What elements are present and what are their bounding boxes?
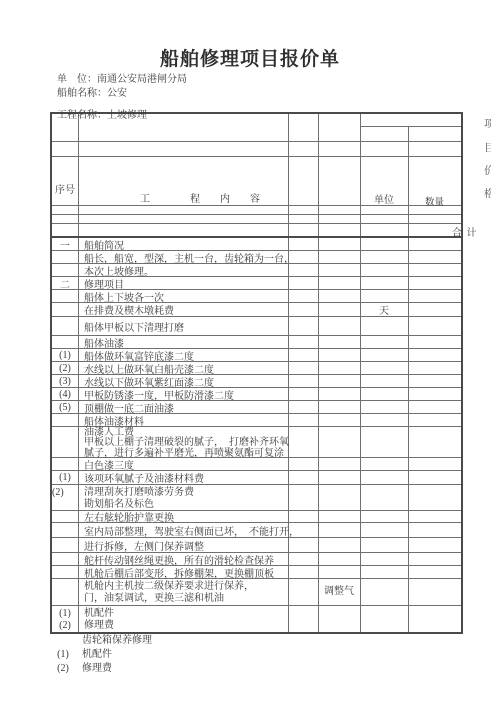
table-row: 机舱内主机按二级保养要求进行保养，门，油泵调试，更换三滤和机油调整气 [52, 579, 461, 606]
quotation-table: 工程名称：上坡修理 序号 工 程 内 容 单位 数量 合 计 一船舶简况船长，船… [50, 112, 463, 634]
footer-item: (2)修理费 [50, 662, 463, 676]
table-row: 船体油漆材料 [52, 414, 461, 427]
edge-fragment: 格 [484, 186, 491, 198]
ship-name-line: 船舶名称：公安 [57, 87, 127, 100]
table-row: 油漆人工费甲板以上棚子清理破裂的腻子， 打磨补齐环氧腻子，进行多遍补平磨光，再喷… [52, 427, 461, 458]
col-header-content: 工 程 内 容 [140, 190, 260, 205]
row-content-cell: 修理项目 [78, 277, 290, 289]
row-seq-cell [52, 538, 78, 552]
row-seq-cell [52, 511, 78, 522]
document-page: 船舶修理项目报价单 单 位：南通公安局港闸分局 船舶名称：公安 工程名称：上坡修… [0, 0, 500, 708]
row-content-line: 门，油泵调试，更换三滤和机油 [84, 593, 290, 605]
row-seq-cell [52, 553, 78, 565]
table-horizontal-line [52, 141, 461, 142]
row-content-cell: 机舱后棚后部变形，拆修棚架，更换棚顶板 [78, 566, 290, 578]
row-content-cell: 白色漆三度 [78, 458, 290, 470]
row-seq-cell [52, 427, 78, 457]
table-row: 室内局部整理，驾驶室右侧面已坏， 不能打开， [52, 523, 461, 538]
row-unit-cell: 天 [360, 303, 408, 316]
row-seq-cell: 一 [52, 238, 78, 250]
footer-item-text: 齿轮箱保养修理 [82, 634, 152, 648]
unit-value: 南通公安局港闸分局 [97, 74, 187, 85]
row-content-cell: 室内局部整理，驾驶室右侧面已坏， 不能打开， [78, 523, 290, 537]
unit-label: 单 位： [57, 74, 97, 85]
footer-item-seq: (1) [50, 648, 76, 662]
row-content-cell: 船舶简况 [78, 238, 290, 250]
total-label: 合 计 [452, 224, 478, 239]
row-content-cell: 水线以下做环氧紫红面漆二度 [78, 375, 290, 387]
row-content-cell: 该项环氧腻子及油漆材料费 [78, 471, 290, 484]
edge-fragment: 价 [484, 163, 491, 175]
row-content-cell: 左右舷轮胎护靠更换 [78, 511, 290, 522]
unit-line: 单 位：南通公安局港闸分局 [57, 73, 187, 86]
table-row: 在排费及楔木墩耗费天 [52, 303, 461, 317]
row-mid-cell: 调整气 [318, 579, 360, 605]
row-content-line: 清理刮灰打磨喷漆劳务费 [84, 487, 290, 499]
row-content-line: 机舱内主机按二级保养要求进行保养， [84, 581, 290, 593]
footer-item: (1)机配件 [50, 648, 463, 662]
col-header-seq: 序号 [52, 181, 78, 196]
row-seq-line: (1) [52, 608, 78, 620]
row-seq-cell [52, 303, 78, 316]
row-seq-cell [52, 251, 78, 263]
edge-fragment: 目 [484, 140, 491, 152]
row-seq-cell: (1) [52, 471, 78, 484]
row-content-cell: 清理刮灰打磨喷漆劳务费勘划船名及标色 [78, 485, 290, 510]
row-seq-cell [52, 414, 78, 426]
row-content-line: 修理费 [84, 620, 290, 632]
footer-items: 齿轮箱保养修理(1)机配件(2)修理费 [50, 634, 463, 676]
footer-item-text: 修理费 [82, 662, 112, 676]
page-title: 船舶修理项目报价单 [0, 44, 500, 71]
table-horizontal-line [52, 156, 461, 157]
table-row: (1)该项环氧腻子及油漆材料费 [52, 471, 461, 485]
row-content-cell: 机舱内主机按二级保养要求进行保养，门，油泵调试，更换三滤和机油 [78, 579, 290, 605]
footer-item-text: 机配件 [82, 648, 112, 662]
col-header-unit: 单位 [360, 191, 408, 206]
table-horizontal-line [52, 223, 461, 224]
row-content-line: 机配件 [84, 608, 290, 620]
row-content-cell: 船长，船宽，型深，主机一台，齿轮箱为一台， [78, 251, 290, 263]
row-seq-line: (2) [52, 620, 78, 632]
table-row: 船体甲板以下清理打磨 [52, 317, 461, 336]
row-seq-cell [52, 290, 78, 302]
page-edge-fragments: 项目价格 [484, 0, 500, 300]
table-horizontal-line [360, 126, 461, 127]
col-header-qty: 数量 [408, 194, 461, 208]
footer-item: 齿轮箱保养修理 [50, 634, 463, 648]
row-content-cell: 机配件修理费 [78, 606, 290, 633]
row-content-cell: 船体油漆材料 [78, 414, 290, 426]
row-content-cell: 船体油漆 [78, 336, 290, 348]
table-horizontal-line [52, 214, 461, 215]
ship-name-value: 公安 [107, 88, 127, 99]
row-content-cell: 船体做环氧富锌底漆二度 [78, 349, 290, 361]
row-seq-cell: (4) [52, 388, 78, 400]
row-content-cell: 舵杆传动钢丝绳更换，所有的滑轮检查保养 [78, 553, 290, 565]
table-row: 左右舷轮胎护靠更换 [52, 511, 461, 523]
row-content-cell: 顶棚做一底二面油漆 [78, 401, 290, 413]
row-content-cell: 在排费及楔木墩耗费 [78, 303, 290, 316]
row-seq-cell [52, 336, 78, 348]
row-content-cell: 水线以上做环氧白船壳漆二度 [78, 362, 290, 374]
row-seq-cell [52, 264, 78, 276]
table-body: 一船舶简况船长，船宽，型深，主机一台，齿轮箱为一台，本次上坡修理。二修理项目船体… [52, 238, 461, 633]
row-content-cell: 船体上下坡各一次 [78, 290, 290, 302]
row-seq-cell [52, 566, 78, 578]
row-seq-cell [52, 458, 78, 470]
row-content-cell: 船体甲板以下清理打磨 [78, 317, 290, 335]
row-seq-cell: (1) [52, 349, 78, 361]
row-content-cell: 甲板防锈漆一度，甲板防滑漆二度 [78, 388, 290, 400]
row-seq-cell: (2) [52, 485, 78, 510]
row-seq-cell [52, 523, 78, 537]
row-seq-cell [52, 579, 78, 605]
ship-name-label: 船舶名称： [57, 88, 107, 99]
project-name: 工程名称：上坡修理 [57, 106, 147, 121]
row-seq-cell: 二 [52, 277, 78, 289]
table-row: (2)清理刮灰打磨喷漆劳务费勘划船名及标色 [52, 485, 461, 511]
edge-fragment: 项 [484, 116, 491, 128]
table-row: (1)(2)机配件修理费 [52, 606, 461, 633]
table-row: 机舱后棚后部变形，拆修棚架，更换棚顶板 [52, 566, 461, 579]
row-seq-cell: (3) [52, 375, 78, 387]
row-content-cell: 进行拆修，左侧门保养调整 [78, 538, 290, 552]
row-content-cell: 油漆人工费甲板以上棚子清理破裂的腻子， 打磨补齐环氧腻子，进行多遍补平磨光，再喷… [78, 427, 290, 457]
row-seq-cell: (5) [52, 401, 78, 413]
row-seq-cell: (1)(2) [52, 606, 78, 633]
row-seq-cell: (2) [52, 362, 78, 374]
row-content-cell: 本次上坡修理。 [78, 264, 290, 276]
footer-item-seq: (2) [50, 662, 76, 676]
row-seq-cell [52, 317, 78, 335]
